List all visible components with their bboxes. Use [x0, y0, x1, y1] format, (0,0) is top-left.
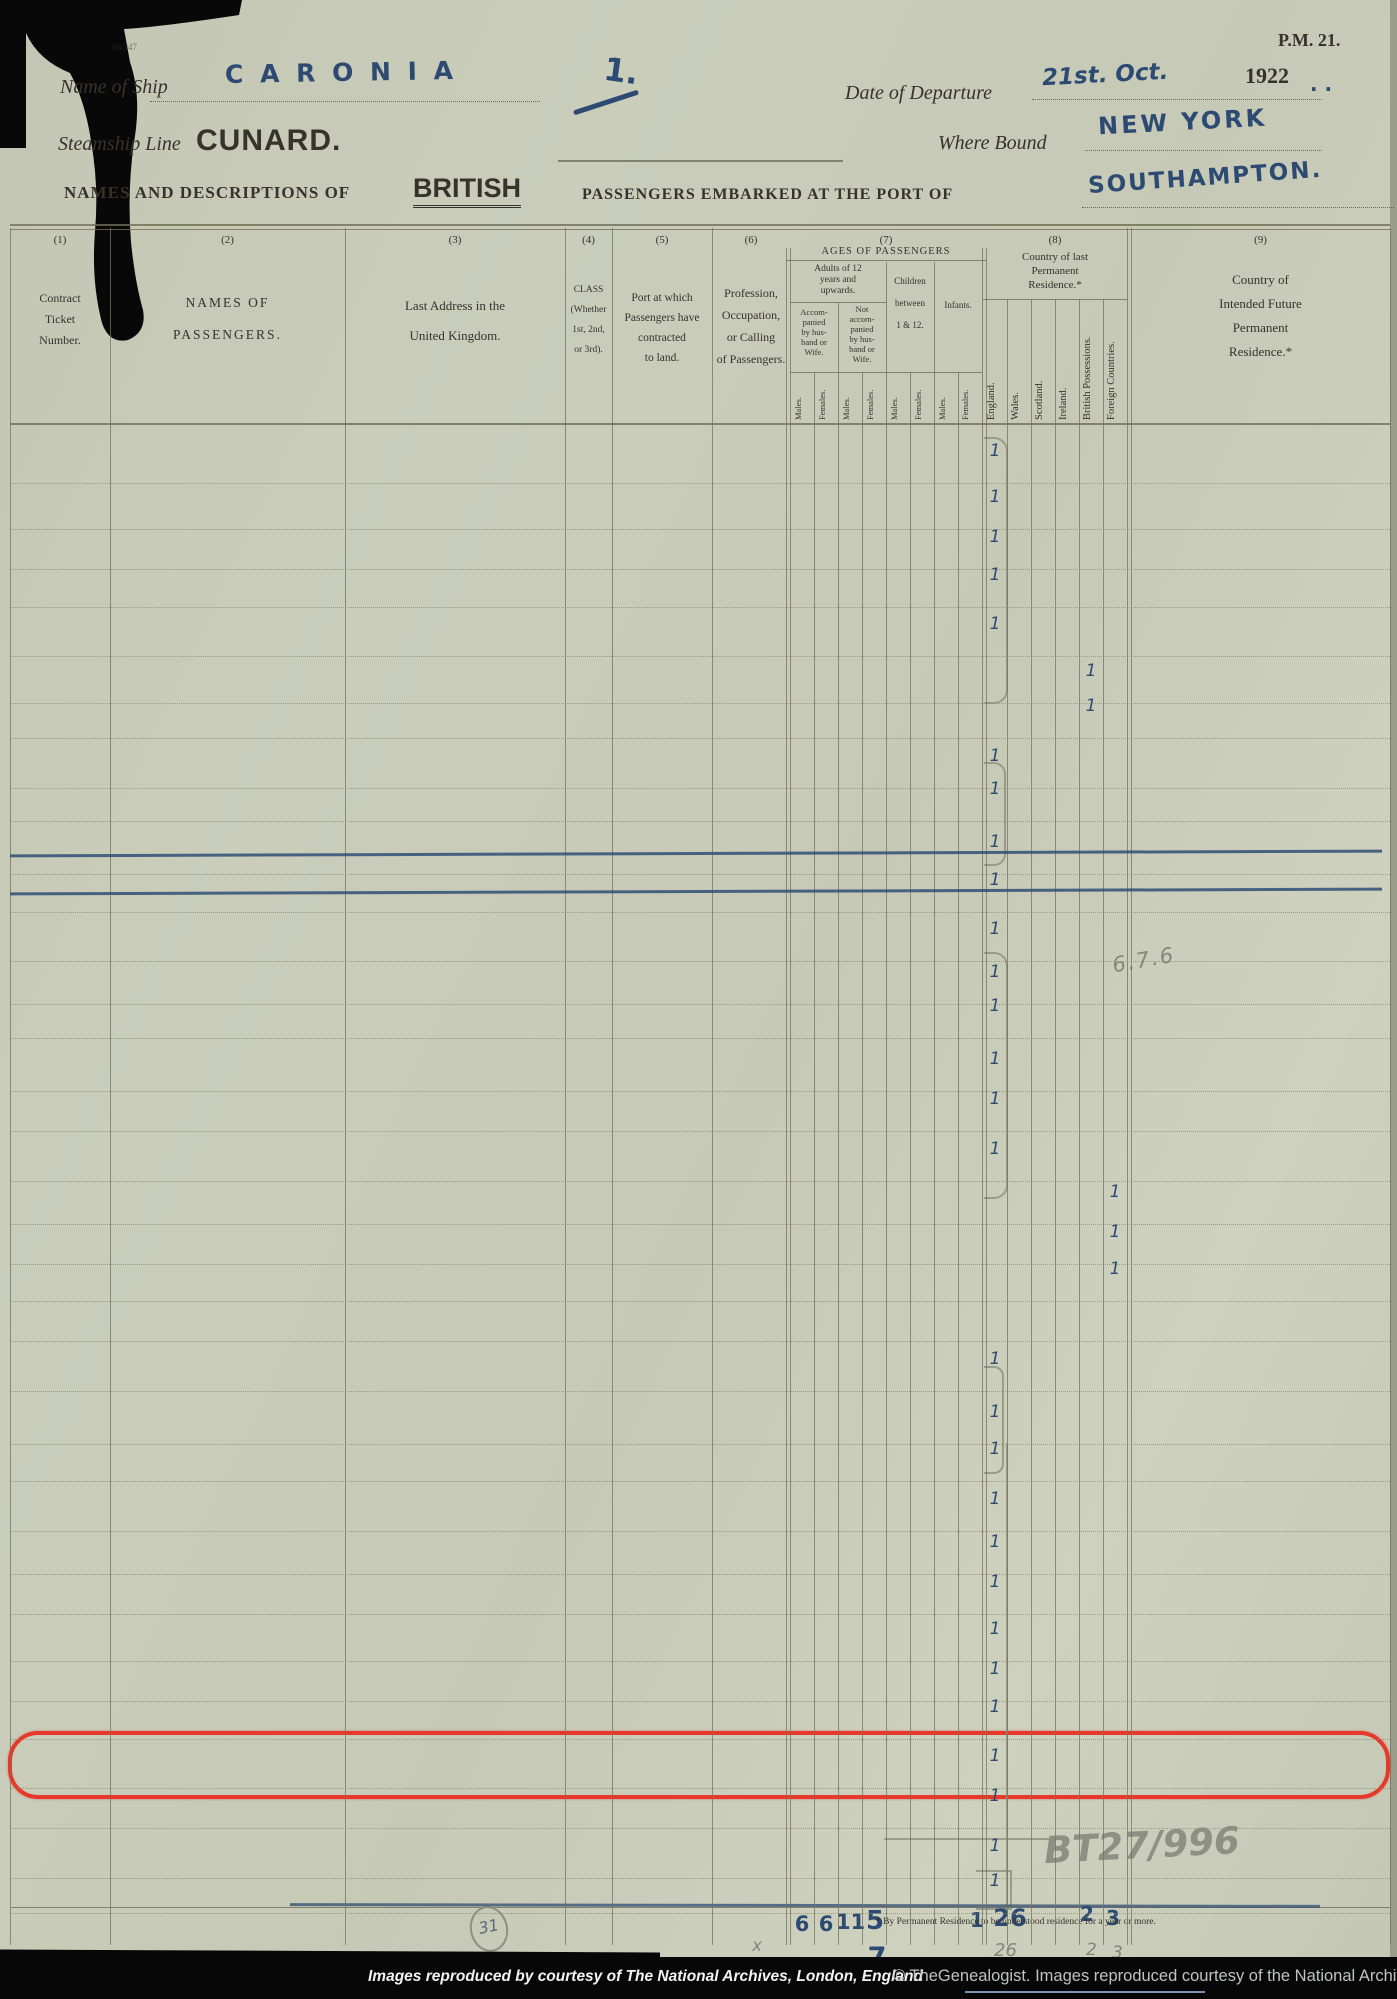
page-number-flourish — [573, 90, 639, 116]
col6-num: (6) — [712, 234, 790, 246]
age-sex-label: Females. — [913, 374, 931, 420]
departure-year: 1922 — [1245, 63, 1289, 89]
line-value: CUNARD. — [196, 124, 341, 158]
ticket-number — [12, 696, 105, 706]
ticket-number — [12, 487, 105, 497]
country-tick-FC: 1 — [1107, 1259, 1123, 1279]
address-ditto-tick — [420, 963, 460, 967]
table-row: 1 — [0, 440, 1397, 484]
country-tick-E: 1 — [987, 1786, 1003, 1806]
country-tick-E: 1 — [987, 746, 1003, 766]
ticket-number — [12, 1659, 105, 1669]
country-column-label: Scotland. — [1034, 302, 1052, 420]
country-tick-E: 1 — [987, 487, 1003, 507]
row-strike-line — [10, 850, 1382, 857]
table-row: 1 — [0, 1138, 1397, 1182]
title-post: PASSENGERS EMBARKED AT THE PORT OF — [582, 186, 953, 204]
col4-num: (4) — [565, 234, 612, 246]
age-sex-label: Males. — [937, 374, 955, 420]
col1-num: (1) — [10, 234, 110, 246]
address-ditto-tick — [420, 1260, 460, 1264]
children-header: Children between 1 & 12. — [886, 276, 934, 331]
col5-num: (5) — [612, 234, 712, 246]
ticket-number — [12, 870, 105, 880]
country-tick-E: 1 — [987, 441, 1003, 461]
age-sex-label: Males. — [841, 374, 859, 420]
country-column-label: Ireland. — [1058, 302, 1076, 420]
address-ditto-tick — [420, 871, 460, 875]
profession-ditto-tick — [713, 486, 789, 494]
table-row: 1 — [0, 1088, 1397, 1132]
stamp-number: 66/347 — [112, 42, 137, 52]
address-ditto-tick — [420, 697, 460, 701]
col1-header: Contract Ticket Number. — [10, 288, 110, 351]
footnote: * By Permanent Residence to be understoo… — [876, 1917, 1276, 1927]
row-strike-line — [10, 888, 1382, 895]
ticket-number — [12, 1259, 105, 1269]
country-column-label: Wales. — [1010, 302, 1028, 420]
col4-header: CLASS (Whether 1st, 2nd, or 3rd). — [565, 280, 612, 360]
col2-num: (2) — [110, 234, 345, 246]
table-row: 1 — [0, 1181, 1397, 1225]
departure-rule — [1032, 99, 1322, 101]
country-tick-E: 1 — [987, 1439, 1003, 1459]
address-ditto-tick — [420, 528, 460, 532]
departure-label: Date of Departure — [845, 82, 992, 105]
age-sex-label: Females. — [817, 374, 835, 420]
title-pre: NAMES AND DESCRIPTIONS OF — [64, 183, 350, 203]
table-row: 1 — [0, 1531, 1397, 1575]
passenger-manifest-scan: P.M. 21. 66/347 Name of Ship C A R O N I… — [0, 0, 1397, 1999]
departure-value: 21st. Oct. — [1041, 59, 1169, 92]
country-tick-E: 1 — [987, 1871, 1003, 1891]
table-row: 1 — [0, 1870, 1397, 1914]
footer-credit-right: © TheGenealogist. Images reproduced cour… — [893, 1967, 1397, 1986]
page-circle-number: 31 — [477, 1915, 501, 1938]
header-bottom-rule — [10, 423, 1390, 425]
col8-header: Country of last Permanent Residence.* — [983, 250, 1127, 292]
country-tick-E: 1 — [987, 1659, 1003, 1679]
country-tick-E: 1 — [987, 1349, 1003, 1369]
address-ditto-tick — [420, 1660, 460, 1664]
table-row: 1 — [0, 486, 1397, 530]
table-row: 1 — [0, 1438, 1397, 1482]
table-row: 1 — [0, 995, 1397, 1039]
address-ditto-tick — [420, 780, 460, 784]
table-top-rule — [10, 224, 1390, 226]
ticket-number — [12, 1222, 105, 1232]
table-row: 1 — [0, 778, 1397, 822]
address-ditto-tick — [420, 1573, 460, 1577]
col2-header: NAMES OF PASSENGERS. — [110, 295, 345, 343]
ticket-number — [12, 779, 105, 789]
country-tick-E: 1 — [987, 1089, 1003, 1109]
col9-num: (9) — [1131, 234, 1390, 246]
table-row: 1 — [0, 1048, 1397, 1092]
departure-dots: . . — [1310, 72, 1332, 96]
country-tick-E: 1 — [987, 870, 1003, 890]
not-accompanied-header: Not accom- panied by hus- band or Wife. — [838, 304, 886, 364]
country-tick-E: 1 — [987, 1836, 1003, 1856]
country-tick-E: 1 — [987, 1619, 1003, 1639]
port-rule — [1082, 207, 1394, 209]
total-acc-females: 6 — [814, 1912, 838, 1936]
col9-header: Country of Intended Future Permanent Res… — [1131, 268, 1390, 364]
address-ditto-tick — [420, 1223, 460, 1227]
profession-ditto-tick — [713, 1658, 789, 1666]
table-row: 1 — [0, 1571, 1397, 1615]
port-value: SOUTHAMPTON. — [1087, 157, 1323, 199]
ages-rule — [786, 260, 986, 261]
country-tick-E: 1 — [987, 1139, 1003, 1159]
bound-rule — [1085, 150, 1322, 152]
ship-value: C A R O N I A — [225, 56, 457, 89]
country-tick-E: 1 — [987, 919, 1003, 939]
table-row: 1 — [0, 1348, 1397, 1392]
bound-value: NEW YORK — [1097, 104, 1268, 141]
country-tick-E: 1 — [987, 1532, 1003, 1552]
table-row: 1 — [0, 1258, 1397, 1302]
table-row: 1 — [0, 564, 1397, 608]
country-tick-E: 1 — [987, 527, 1003, 547]
ticket-number — [12, 1299, 105, 1309]
form-number: P.M. 21. — [1278, 30, 1340, 51]
ticket-number — [12, 1572, 105, 1582]
table-row: 1 — [0, 869, 1397, 913]
address-ditto-tick — [420, 997, 460, 1001]
country-tick-E: 1 — [987, 1489, 1003, 1509]
footer-link-underline — [965, 1991, 1205, 1993]
country-tick-E: 1 — [987, 614, 1003, 634]
col5-header: Port at which Passengers have contracted… — [612, 288, 712, 368]
address-ditto-tick — [420, 488, 460, 492]
accompanied-header: Accom- panied by hus- band or Wife. — [790, 307, 838, 357]
age-sex-label: Males. — [889, 374, 907, 420]
title-nationality: BRITISH — [413, 173, 521, 208]
table-row: 1 — [0, 1785, 1397, 1829]
table-row: 1 — [0, 1488, 1397, 1532]
age-sex-label: Females. — [960, 374, 978, 420]
country-tick-BP: 1 — [1083, 661, 1099, 681]
age-sex-label: Females. — [865, 374, 883, 420]
table-row: 1 — [0, 1745, 1397, 1789]
country-tick-E: 1 — [987, 1746, 1003, 1766]
country-tick-E: 1 — [987, 779, 1003, 799]
country-column-label: British Possessions. — [1082, 302, 1100, 420]
country-tick-E: 1 — [987, 565, 1003, 585]
col6-header: Profession, Occupation, or Calling of Pa… — [712, 282, 790, 370]
ship-label: Name of Ship — [60, 76, 168, 99]
total-acc-males: 6 — [790, 1912, 814, 1936]
ticket-number — [12, 527, 105, 537]
ship-rule — [150, 101, 540, 103]
country-tick-E: 1 — [987, 1572, 1003, 1592]
ages-title: AGES OF PASSENGERS — [790, 246, 982, 257]
country-tick-E: 1 — [987, 962, 1003, 982]
table-row: 1 — [0, 1618, 1397, 1662]
country-tick-E: 1 — [987, 1697, 1003, 1717]
infants-header: Infants. — [934, 300, 982, 310]
country-tick-E: 1 — [987, 1402, 1003, 1422]
address-ditto-tick — [420, 566, 460, 570]
country-column-label: Foreign Countries. — [1106, 302, 1124, 420]
country-tick-E: 1 — [987, 996, 1003, 1016]
footer-credit-left: Images reproduced by courtesy of The Nat… — [368, 1968, 923, 1986]
country-tick-BP: 1 — [1083, 696, 1099, 716]
country-tick-E: 1 — [987, 1049, 1003, 1069]
col3-header: Last Address in the United Kingdom. — [345, 298, 565, 343]
line-label: Steamship Line — [58, 133, 181, 156]
col7-num: (7) — [790, 234, 982, 246]
table-row: 1 — [0, 695, 1397, 739]
ticket-number — [12, 996, 105, 1006]
table-top-rule2 — [10, 229, 1390, 230]
col8-num: (8) — [983, 234, 1127, 246]
country-tick-E: 1 — [987, 832, 1003, 852]
center-rule — [558, 160, 843, 162]
country-tick-FC: 1 — [1107, 1222, 1123, 1242]
table-row — [0, 1298, 1397, 1342]
table-row: 1 — [0, 1696, 1397, 1740]
age-sex-label: Males. — [793, 374, 811, 420]
bound-label: Where Bound — [938, 132, 1047, 155]
country-tick-FC: 1 — [1107, 1182, 1123, 1202]
col3-num: (3) — [345, 234, 565, 246]
adults-header: Adults of 12 years and upwards. — [790, 264, 886, 297]
ticket-number — [12, 565, 105, 575]
page-number-hw: 1. — [602, 50, 641, 92]
table-row: 1 — [0, 613, 1397, 657]
table-row: 1 — [0, 918, 1397, 962]
country-column-label: England. — [986, 302, 1004, 420]
pencil-check-mark: x — [752, 1936, 762, 1956]
